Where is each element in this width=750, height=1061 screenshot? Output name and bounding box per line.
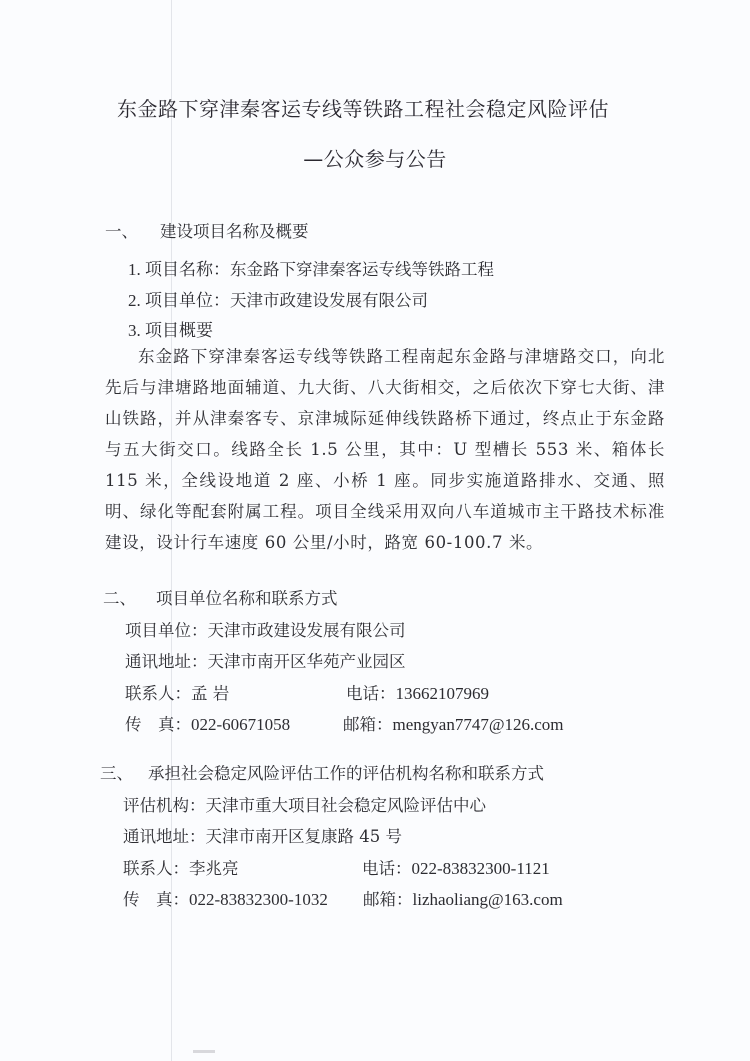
fax-label: 传 真： [125,715,191,734]
fax-row: 传 真：022-60671058 [125,711,290,735]
item-value: 东金路下穿津秦客运专线等铁路工程 [230,260,494,279]
item-project-summary: 3. 项目概要 [128,316,213,341]
fax-value: 022-83832300-1032 [189,890,328,909]
fax-row: 传 真：022-83832300-1032 [123,886,328,910]
contact-label: 联系人： [123,859,189,878]
unit-label: 项目单位： [125,621,208,640]
contact-row: 联系人：李兆亮 [123,855,239,879]
document-subtitle: —公众参与公告 [0,143,750,172]
section-1-heading: 建设项目名称及概要 [160,218,309,242]
unit-row: 项目单位：天津市政建设发展有限公司 [125,617,406,641]
org-value: 天津市重大项目社会稳定风险评估中心 [206,796,487,815]
fax-value: 022-60671058 [191,715,290,734]
email-value: mengyan7747@126.com [393,715,564,734]
address-label: 通讯地址： [125,652,208,671]
org-label: 评估机构： [123,796,206,815]
item-project-unit: 2. 项目单位：天津市政建设发展有限公司 [128,286,428,311]
item-project-name: 1. 项目名称：东金路下穿津秦客运专线等铁路工程 [128,255,494,280]
section-3-number: 三、 [100,760,133,784]
section-2-number: 二、 [103,585,136,609]
phone-value: 13662107969 [396,684,490,703]
unit-value: 天津市政建设发展有限公司 [208,621,406,640]
contact-row: 联系人：孟 岩 [125,680,229,704]
email-row: 邮箱：mengyan7747@126.com [343,711,564,735]
section-3-heading: 承担社会稳定风险评估工作的评估机构名称和联系方式 [148,760,544,784]
phone-label: 电话： [362,859,412,878]
email-label: 邮箱： [343,715,393,734]
fax-label: 传 真： [123,890,189,909]
item-label: 3. 项目概要 [128,321,213,340]
address-row: 通讯地址：天津市南开区复康路 45 号 [123,823,402,847]
email-value: lizhaoliang@163.com [413,890,563,909]
contact-label: 联系人： [125,684,191,703]
address-value: 天津市南开区华苑产业园区 [208,652,406,671]
item-label: 1. 项目名称： [128,260,230,279]
announcement-page: 东金路下穿津秦客运专线等铁路工程社会稳定风险评估 —公众参与公告 一、 建设项目… [0,0,750,1061]
section-2-heading: 项目单位名称和联系方式 [156,585,338,609]
phone-row: 电话：13662107969 [346,680,489,704]
address-value: 天津市南开区复康路 45 号 [206,827,403,846]
phone-label: 电话： [346,684,396,703]
address-label: 通讯地址： [123,827,206,846]
contact-value: 孟 岩 [191,684,229,703]
phone-value: 022-83832300-1121 [412,859,550,878]
document-title: 东金路下穿津秦客运专线等铁路工程社会稳定风险评估 [117,93,609,122]
contact-value: 李兆亮 [189,859,239,878]
item-label: 2. 项目单位： [128,291,230,310]
project-summary-paragraph: 东金路下穿津秦客运专线等铁路工程南起东金路与津塘路交口，向北先后与津塘路地面辅道… [105,341,665,558]
item-value: 天津市政建设发展有限公司 [230,291,428,310]
phone-row: 电话：022-83832300-1121 [362,855,550,879]
org-row: 评估机构：天津市重大项目社会稳定风险评估中心 [123,792,486,816]
section-1-number: 一、 [105,218,138,242]
address-row: 通讯地址：天津市南开区华苑产业园区 [125,648,406,672]
email-row: 邮箱：lizhaoliang@163.com [363,886,563,910]
email-label: 邮箱： [363,890,413,909]
